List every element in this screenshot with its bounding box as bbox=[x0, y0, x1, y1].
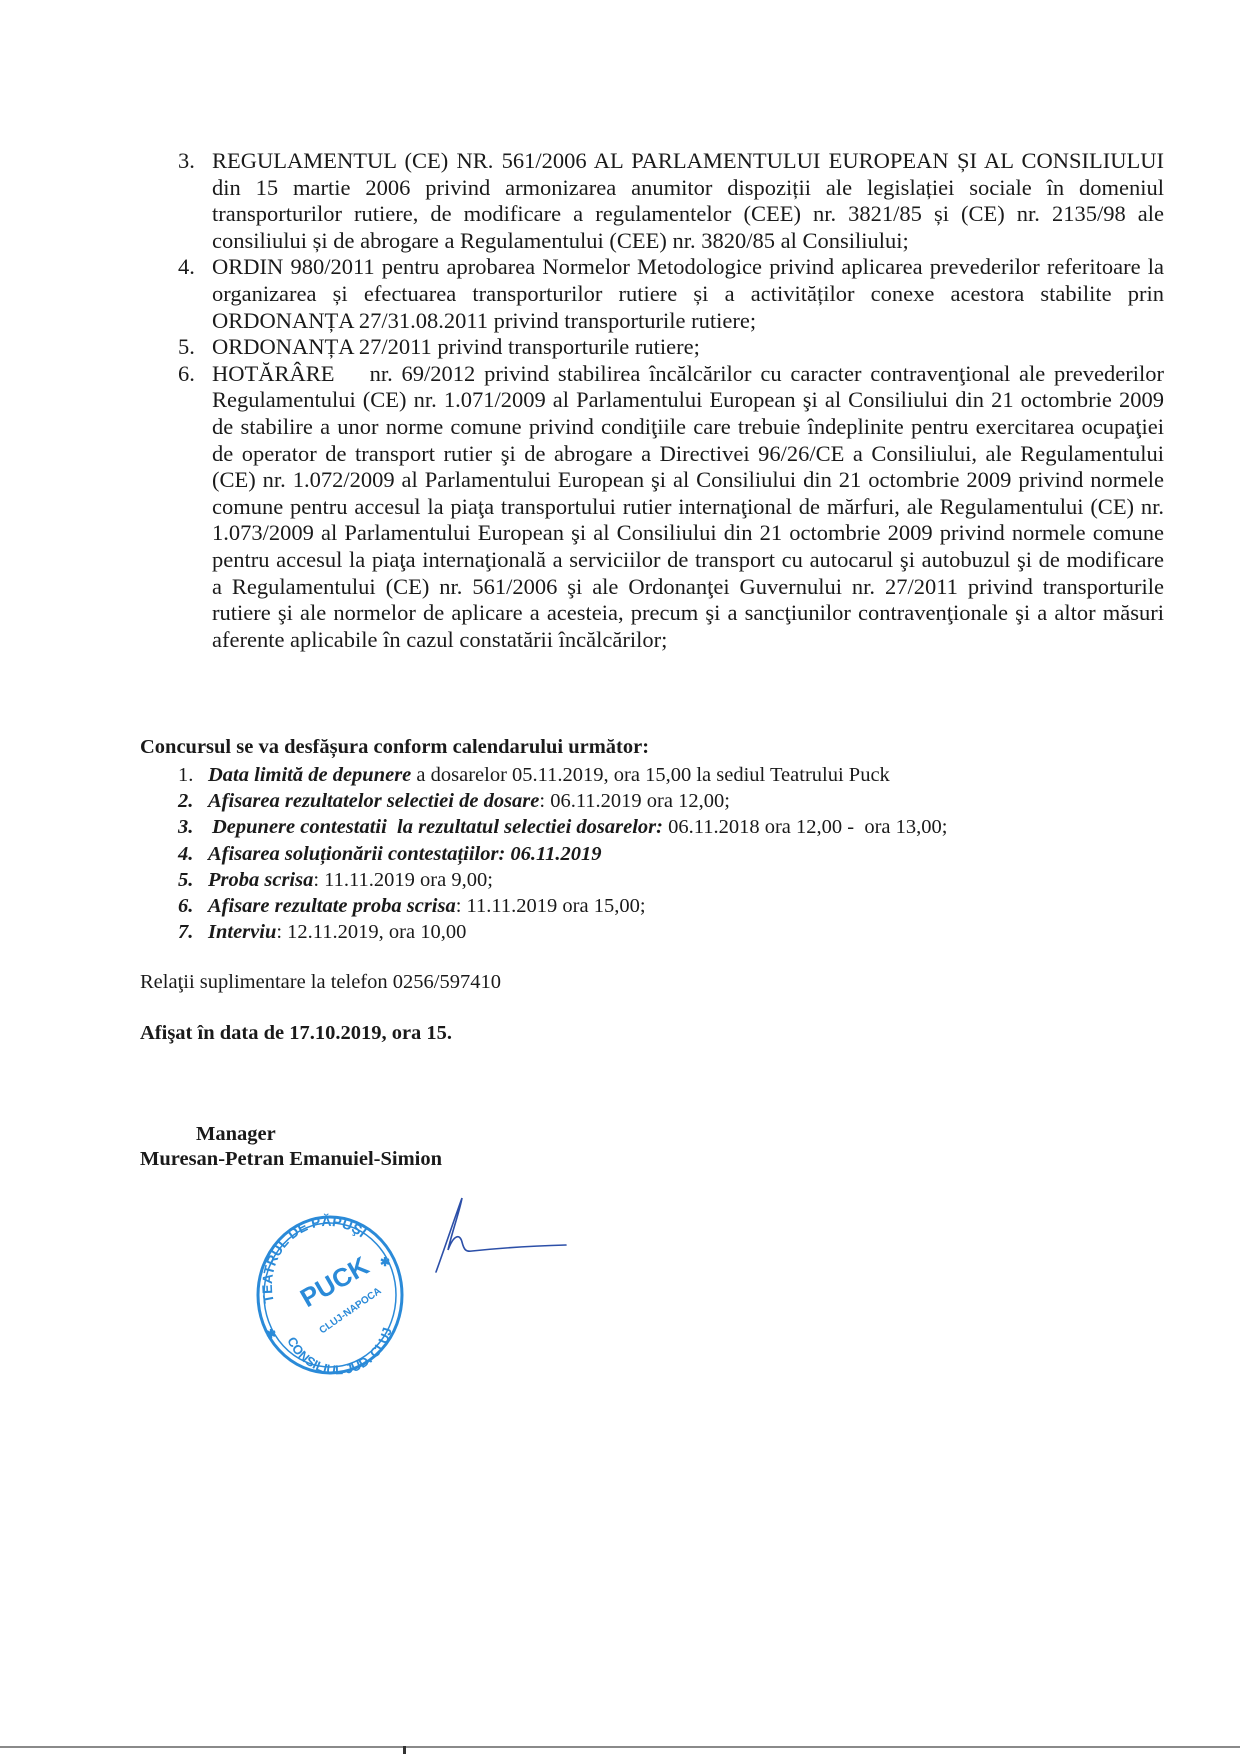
reference-item: 4. ORDIN 980/2011 pentru aprobarea Norme… bbox=[178, 254, 1164, 334]
calendar-item: 5. Proba scrisa : 11.11.2019 ora 9,00; bbox=[178, 867, 947, 893]
calendar-item-label: Afisare rezultate proba scrisa bbox=[208, 893, 456, 919]
calendar-item-number: 1. bbox=[178, 762, 208, 788]
calendar-item-value: : 11.11.2019 ora 15,00; bbox=[456, 893, 646, 919]
handwritten-signature-icon bbox=[430, 1190, 570, 1290]
calendar-item-value: : 06.11.2019 ora 12,00; bbox=[539, 788, 730, 814]
calendar-item-label: Afisarea rezultatelor selectiei de dosar… bbox=[208, 788, 539, 814]
reference-text: ORDIN 980/2011 pentru aprobarea Normelor… bbox=[212, 254, 1164, 334]
calendar-item-value: 06.11.2018 ora 12,00 - ora 13,00; bbox=[663, 814, 948, 840]
calendar-item: 7. Interviu : 12.11.2019, ora 10,00 bbox=[178, 919, 947, 945]
reference-item: 3. REGULAMENTUL (CE) NR. 561/2006 AL PAR… bbox=[178, 148, 1164, 254]
bottom-scan-mark bbox=[403, 1746, 406, 1754]
reference-number: 4. bbox=[178, 254, 212, 334]
reference-number: 5. bbox=[178, 334, 212, 361]
document-page: 3. REGULAMENTUL (CE) NR. 561/2006 AL PAR… bbox=[0, 0, 1240, 1754]
svg-text:CONSILIUL JUD. CLUJ: CONSILIUL JUD. CLUJ bbox=[284, 1326, 395, 1378]
reference-number: 6. bbox=[178, 361, 212, 654]
calendar-item-number: 3. bbox=[178, 814, 208, 840]
calendar-item: 6. Afisare rezultate proba scrisa : 11.1… bbox=[178, 893, 947, 919]
calendar-item-value: : 12.11.2019, ora 10,00 bbox=[276, 919, 466, 945]
calendar-item-number: 2. bbox=[178, 788, 208, 814]
calendar-item-number: 7. bbox=[178, 919, 208, 945]
reference-item: 5. ORDONANȚA 27/2011 privind transportur… bbox=[178, 334, 1164, 361]
calendar-item-number: 5. bbox=[178, 867, 208, 893]
stamp-bottom-text: CONSILIUL JUD. CLUJ bbox=[284, 1326, 395, 1378]
svg-text:✱: ✱ bbox=[380, 1255, 390, 1269]
calendar-item-number: 4. bbox=[178, 841, 208, 867]
calendar-list: 1. Data limită de depunere a dosarelor 0… bbox=[178, 762, 947, 945]
reference-number: 3. bbox=[178, 148, 212, 254]
contact-info: Relaţii suplimentare la telefon 0256/597… bbox=[140, 971, 501, 994]
calendar-item: 2. Afisarea rezultatelor selectiei de do… bbox=[178, 788, 947, 814]
calendar-item: 3. Depunere contestatii la rezultatul se… bbox=[178, 814, 947, 840]
legal-references-list: 3. REGULAMENTUL (CE) NR. 561/2006 AL PAR… bbox=[178, 148, 1164, 653]
calendar-item-label: Interviu bbox=[208, 919, 276, 945]
reference-text: REGULAMENTUL (CE) NR. 561/2006 AL PARLAM… bbox=[212, 148, 1164, 254]
calendar-item-label: Afisarea soluționării contestațiilor: 06… bbox=[208, 841, 602, 867]
calendar-heading: Concursul se va desfășura conform calend… bbox=[140, 736, 649, 759]
signatory-title: Manager bbox=[196, 1123, 276, 1146]
official-stamp-icon: TEATRUL DE PĂPUŞI CONSILIUL JUD. CLUJ PU… bbox=[252, 1210, 407, 1380]
calendar-item-number: 6. bbox=[178, 893, 208, 919]
signatory-name: Muresan-Petran Emanuiel-Simion bbox=[140, 1148, 442, 1171]
svg-text:✱: ✱ bbox=[266, 1327, 276, 1341]
reference-text: ORDONANȚA 27/2011 privind transporturile… bbox=[212, 334, 1164, 361]
calendar-item-label: Data limită de depunere bbox=[208, 762, 411, 788]
calendar-item-value: : 11.11.2019 ora 9,00; bbox=[313, 867, 493, 893]
posted-date: Afişat în data de 17.10.2019, ora 15. bbox=[140, 1022, 452, 1045]
calendar-item-label: Proba scrisa bbox=[208, 867, 313, 893]
calendar-item-label: Depunere contestatii la rezultatul selec… bbox=[212, 814, 663, 840]
calendar-item-value: a dosarelor 05.11.2019, ora 15,00 la sed… bbox=[411, 762, 890, 788]
calendar-item: 1. Data limită de depunere a dosarelor 0… bbox=[178, 762, 947, 788]
calendar-item: 4. Afisarea soluționării contestațiilor:… bbox=[178, 841, 947, 867]
reference-text: HOTĂRÂRE nr. 69/2012 privind stabilirea … bbox=[212, 361, 1164, 654]
bottom-scan-edge bbox=[0, 1746, 1240, 1748]
reference-item: 6. HOTĂRÂRE nr. 69/2012 privind stabilir… bbox=[178, 361, 1164, 654]
